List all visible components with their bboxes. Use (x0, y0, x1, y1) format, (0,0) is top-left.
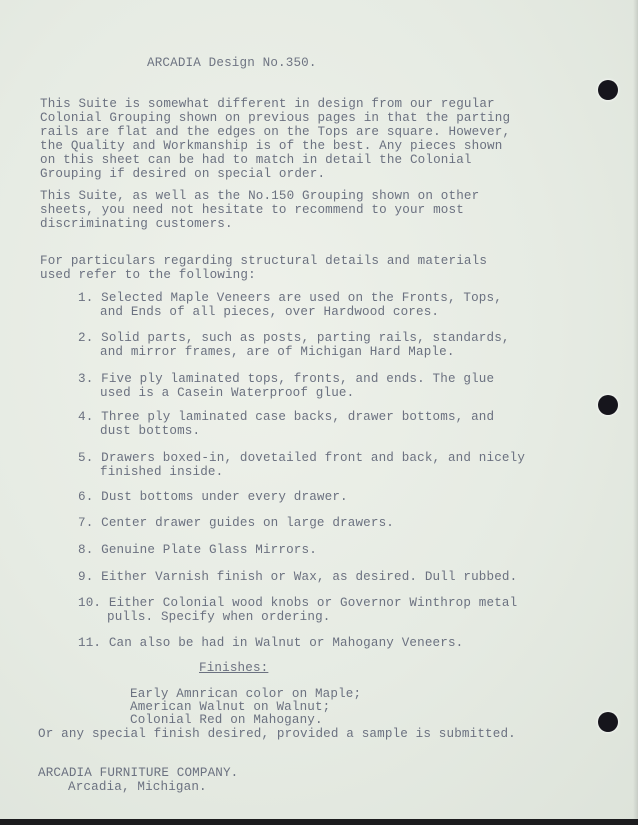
paragraph-line: rails are flat and the edges on the Tops… (40, 125, 510, 139)
paragraph-line: Grouping if desired on special order. (40, 167, 325, 181)
paragraph-line: on this sheet can be had to match in det… (40, 153, 472, 167)
paragraph-line: This Suite is somewhat different in desi… (40, 97, 495, 111)
finishes-heading: Finishes: (199, 661, 268, 675)
list-item-continuation: and mirror frames, are of Michigan Hard … (100, 345, 455, 359)
list-item-continuation: pulls. Specify when ordering. (107, 610, 331, 624)
list-item-first-line: 8. Genuine Plate Glass Mirrors. (78, 543, 317, 557)
list-item-first-line: 7. Center drawer guides on large drawers… (78, 516, 394, 530)
list-item-continuation: and Ends of all pieces, over Hardwood co… (100, 305, 439, 319)
special-finish-note: Or any special finish desired, provided … (38, 727, 516, 741)
paragraph-line: This Suite, as well as the No.150 Groupi… (40, 189, 479, 203)
list-item-first-line: 1. Selected Maple Veneers are used on th… (78, 291, 502, 305)
finish-line: American Walnut on Walnut; (130, 700, 330, 714)
finish-line: Early Amnrican color on Maple; (130, 687, 361, 701)
document-page: ARCADIA Design No.350. This Suite is som… (0, 0, 638, 820)
paragraph-line: For particulars regarding structural det… (40, 254, 487, 268)
paragraph-line: sheets, you need not hesitate to recomme… (40, 203, 464, 217)
binder-hole-icon (598, 80, 618, 100)
binder-hole-icon (598, 395, 618, 415)
document-title: ARCADIA Design No.350. (147, 56, 317, 70)
list-item-first-line: 6. Dust bottoms under every drawer. (78, 490, 348, 504)
list-item-continuation: used is a Casein Waterproof glue. (100, 386, 354, 400)
list-item-first-line: 4. Three ply laminated case backs, drawe… (78, 410, 494, 424)
list-item-first-line: 5. Drawers boxed-in, dovetailed front an… (78, 451, 525, 465)
paragraph-line: the Quality and Workmanship is of the be… (40, 139, 502, 153)
company-name: ARCADIA FURNITURE COMPANY. (38, 766, 238, 780)
company-location: Arcadia, Michigan. (68, 780, 207, 794)
list-item-first-line: 11. Can also be had in Walnut or Mahogan… (78, 636, 463, 650)
list-item-first-line: 2. Solid parts, such as posts, parting r… (78, 331, 510, 345)
list-item-continuation: dust bottoms. (100, 424, 200, 438)
finish-line: Colonial Red on Mahogany. (130, 713, 323, 727)
paragraph-line: Colonial Grouping shown on previous page… (40, 111, 510, 125)
list-item-first-line: 9. Either Varnish finish or Wax, as desi… (78, 570, 517, 584)
binder-hole-icon (598, 712, 618, 732)
paragraph-line: used refer to the following: (40, 268, 256, 282)
scan-bottom-edge (0, 819, 638, 825)
list-item-first-line: 3. Five ply laminated tops, fronts, and … (78, 372, 494, 386)
list-item-continuation: finished inside. (100, 465, 223, 479)
paragraph-line: discriminating customers. (40, 217, 233, 231)
list-item-first-line: 10. Either Colonial wood knobs or Govern… (78, 596, 517, 610)
